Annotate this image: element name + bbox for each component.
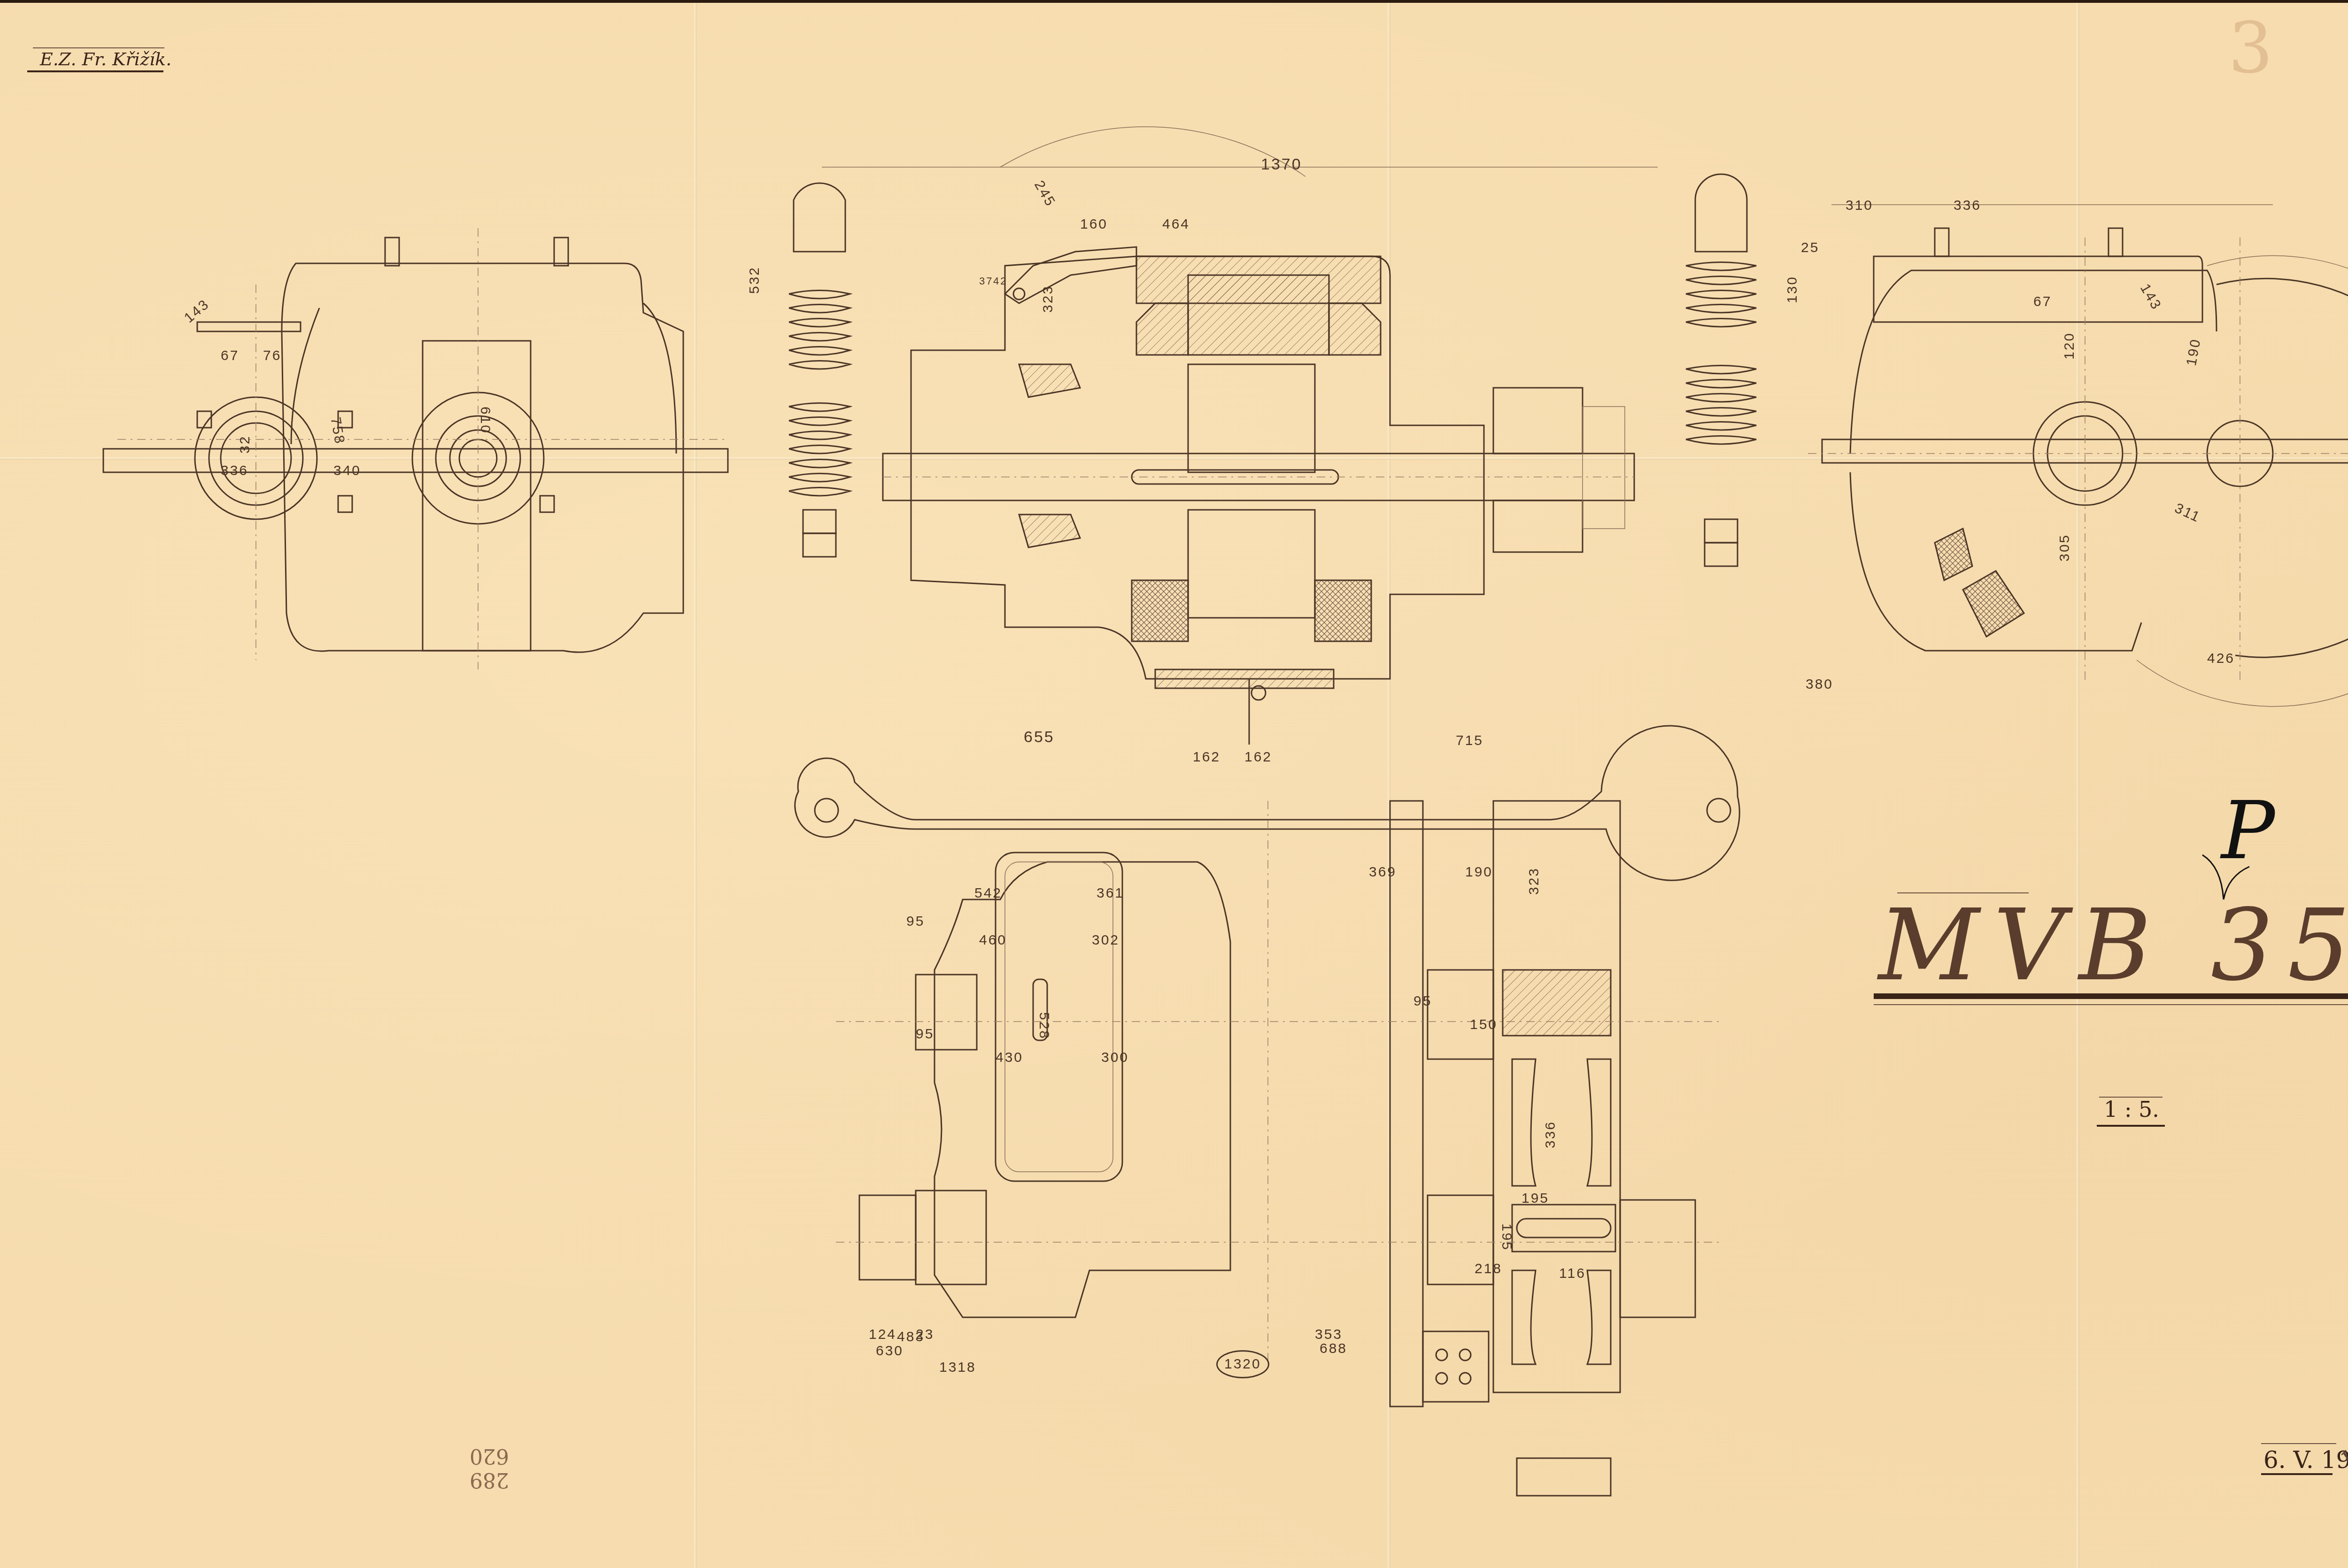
dimension-label: 42	[993, 275, 1007, 287]
dimension-label: 528	[1036, 1012, 1052, 1040]
dimension-label: 300	[1101, 1050, 1129, 1066]
dimension-label: 130	[1784, 276, 1800, 303]
dimension-label: 1370	[1261, 155, 1302, 174]
dimension-label: 190	[1465, 864, 1493, 880]
dimension-label: 95	[1413, 993, 1432, 1009]
dimension-label: 160	[1080, 216, 1108, 232]
dimension-label: 1318	[939, 1360, 976, 1376]
dimension-label: 150	[1470, 1017, 1498, 1033]
dimension-label: 426	[2207, 651, 2235, 667]
dimension-label: 353	[1315, 1327, 1343, 1343]
dimension-label: 195	[1522, 1191, 1549, 1207]
dimension-label: 688	[1320, 1341, 1347, 1357]
dimension-label: 380	[1806, 676, 1833, 692]
dimension-label: 464	[1162, 216, 1190, 232]
dimension-label: 302	[1092, 932, 1120, 948]
dimension-label: 76	[263, 348, 281, 364]
drawing-sheet: E.Z. Fr. Křižík. 3 13949. P MVB 35. 1 : …	[0, 0, 2348, 1568]
dimension-label: 655	[1024, 728, 1055, 746]
dimension-label: 310	[1846, 198, 1873, 214]
dimension-label: 95	[916, 1026, 934, 1042]
dimension-label: 25	[1801, 240, 1819, 256]
dimension-label: 67	[2033, 294, 2052, 310]
technical-drawing	[0, 3, 2348, 1568]
dimension-label: 630	[876, 1343, 904, 1359]
dimension-label: 336	[1954, 198, 1981, 214]
dimension-label: 369	[1369, 864, 1397, 880]
dimension-label: 336	[1543, 1121, 1559, 1148]
dimension-label: 323	[1526, 867, 1542, 895]
center-section-view	[789, 127, 1756, 745]
dimension-label: 116	[1559, 1266, 1586, 1282]
dimension-label: 305	[2057, 534, 2073, 561]
dimension-label: 67	[221, 348, 239, 364]
dimension-label: 162	[1193, 749, 1220, 765]
dimension-label: 162	[1244, 749, 1272, 765]
dimension-label: 37	[979, 275, 993, 287]
dimension-label: 336	[221, 463, 248, 479]
dimension-label: 95	[906, 914, 925, 930]
dimension-label: 483	[897, 1329, 925, 1345]
dimension-label: 323	[1040, 285, 1056, 313]
dimension-label: 124	[869, 1327, 896, 1343]
dimension-label: 610	[477, 407, 493, 434]
left-end-view	[103, 228, 728, 669]
dimension-label: 430	[996, 1050, 1023, 1066]
dimension-label: 340	[333, 463, 361, 479]
plan-view	[795, 726, 1739, 1496]
dimension-label: 120	[2062, 332, 2078, 360]
dimension-label-circled: 1320	[1216, 1350, 1269, 1378]
dimension-label: 532	[747, 266, 763, 294]
dimension-label: 715	[1456, 733, 1483, 749]
dimension-label: 542	[974, 885, 1002, 901]
dimension-label: 32	[237, 435, 253, 453]
right-end-view	[1808, 205, 2348, 707]
dimension-label: 460	[979, 932, 1007, 948]
dimension-label: 218	[1475, 1261, 1502, 1277]
dimension-label: 195	[1498, 1223, 1514, 1251]
dimension-label: 361	[1097, 885, 1124, 901]
